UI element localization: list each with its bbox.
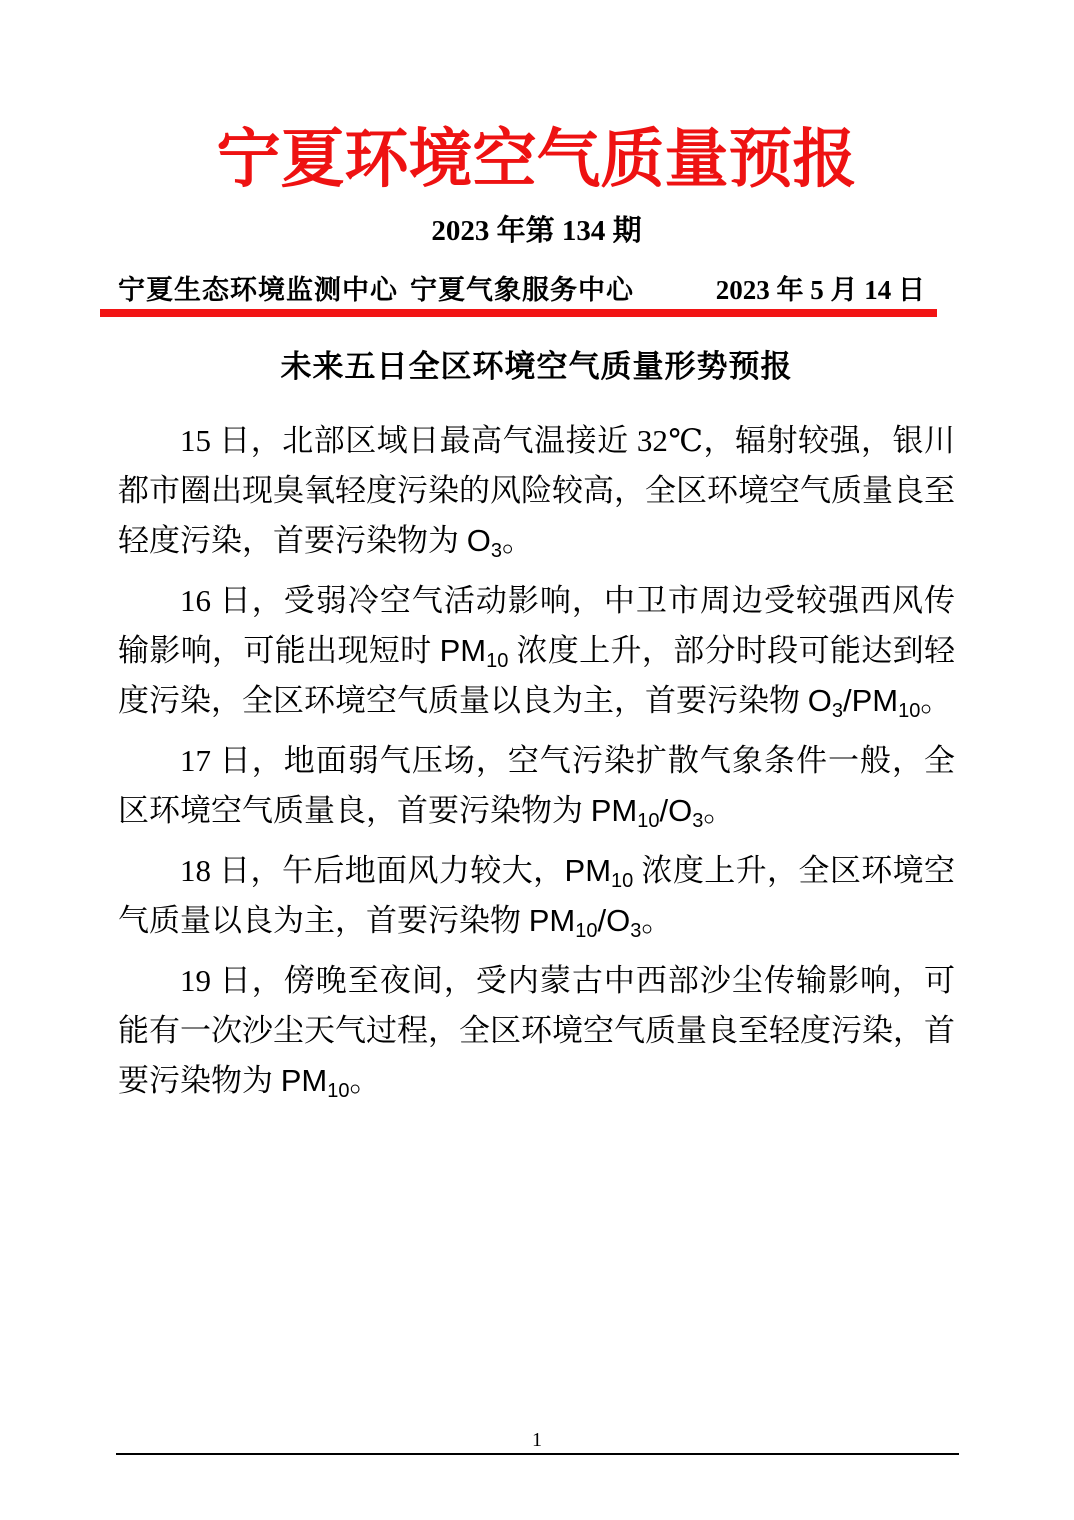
latin-run: PM <box>565 853 612 888</box>
forecast-paragraphs: 15 日，北部区域日最高气温接近 32℃，辐射较强，银川都市圈出现臭氧轻度污染的… <box>118 416 955 1106</box>
org-name-left: 宁夏生态环境监测中心 <box>118 275 398 305</box>
latin-run: O <box>808 683 832 718</box>
subscript-run: 3 <box>491 540 502 562</box>
forecast-paragraph-day-16: 16 日，受弱冷空气活动影响，中卫市周边受较强西风传输影响，可能出现短时 PM1… <box>118 576 955 726</box>
latin-run: PM <box>281 1063 328 1098</box>
subscript-run: 10 <box>575 920 597 942</box>
page-number: 1 <box>0 1428 1074 1452</box>
subscript-run: 3 <box>630 920 641 942</box>
forecast-paragraph-day-19: 19 日，傍晚至夜间，受内蒙古中西部沙尘传输影响，可能有一次沙尘天气过程，全区环… <box>118 956 955 1106</box>
header-row: 宁夏生态环境监测中心宁夏气象服务中心 2023 年 5 月 14 日 <box>118 274 955 306</box>
subscript-run: 10 <box>486 650 508 672</box>
document-title: 宁夏环境空气质量预报 <box>118 124 955 196</box>
latin-run: PM <box>440 633 487 668</box>
subscript-run: 10 <box>898 700 920 722</box>
forecast-paragraph-day-18: 18 日，午后地面风力较大，PM10 浓度上升，全区环境空气质量以良为主，首要污… <box>118 846 955 946</box>
document-page: 宁夏环境空气质量预报 2023 年第 134 期 宁夏生态环境监测中心宁夏气象服… <box>0 0 1074 1520</box>
issue-number: 2023 年第 134 期 <box>118 214 955 248</box>
forecast-paragraph-day-15: 15 日，北部区域日最高气温接近 32℃，辐射较强，银川都市圈出现臭氧轻度污染的… <box>118 416 955 566</box>
forecast-paragraph-day-17: 17 日，地面弱气压场，空气污染扩散气象条件一般，全区环境空气质量良，首要污染物… <box>118 736 955 836</box>
latin-run: PM <box>591 793 638 828</box>
org-name-right: 宁夏气象服务中心 <box>410 275 634 305</box>
subscript-run: 3 <box>832 700 843 722</box>
issue-date: 2023 年 5 月 14 日 <box>716 274 955 306</box>
latin-run: PM <box>529 903 576 938</box>
subscript-run: 10 <box>637 810 659 832</box>
latin-run: /O <box>660 793 693 828</box>
latin-run: /PM <box>843 683 898 718</box>
latin-run: /O <box>598 903 631 938</box>
document-content: 宁夏环境空气质量预报 2023 年第 134 期 宁夏生态环境监测中心宁夏气象服… <box>0 124 1074 1106</box>
subscript-run: 10 <box>327 1080 349 1102</box>
red-divider <box>100 309 937 317</box>
subscript-run: 3 <box>692 810 703 832</box>
section-title: 未来五日全区环境空气质量形势预报 <box>118 348 955 386</box>
latin-run: O <box>467 523 491 558</box>
org-names: 宁夏生态环境监测中心宁夏气象服务中心 <box>118 274 634 306</box>
subscript-run: 10 <box>611 870 633 892</box>
footer-divider <box>116 1453 959 1455</box>
